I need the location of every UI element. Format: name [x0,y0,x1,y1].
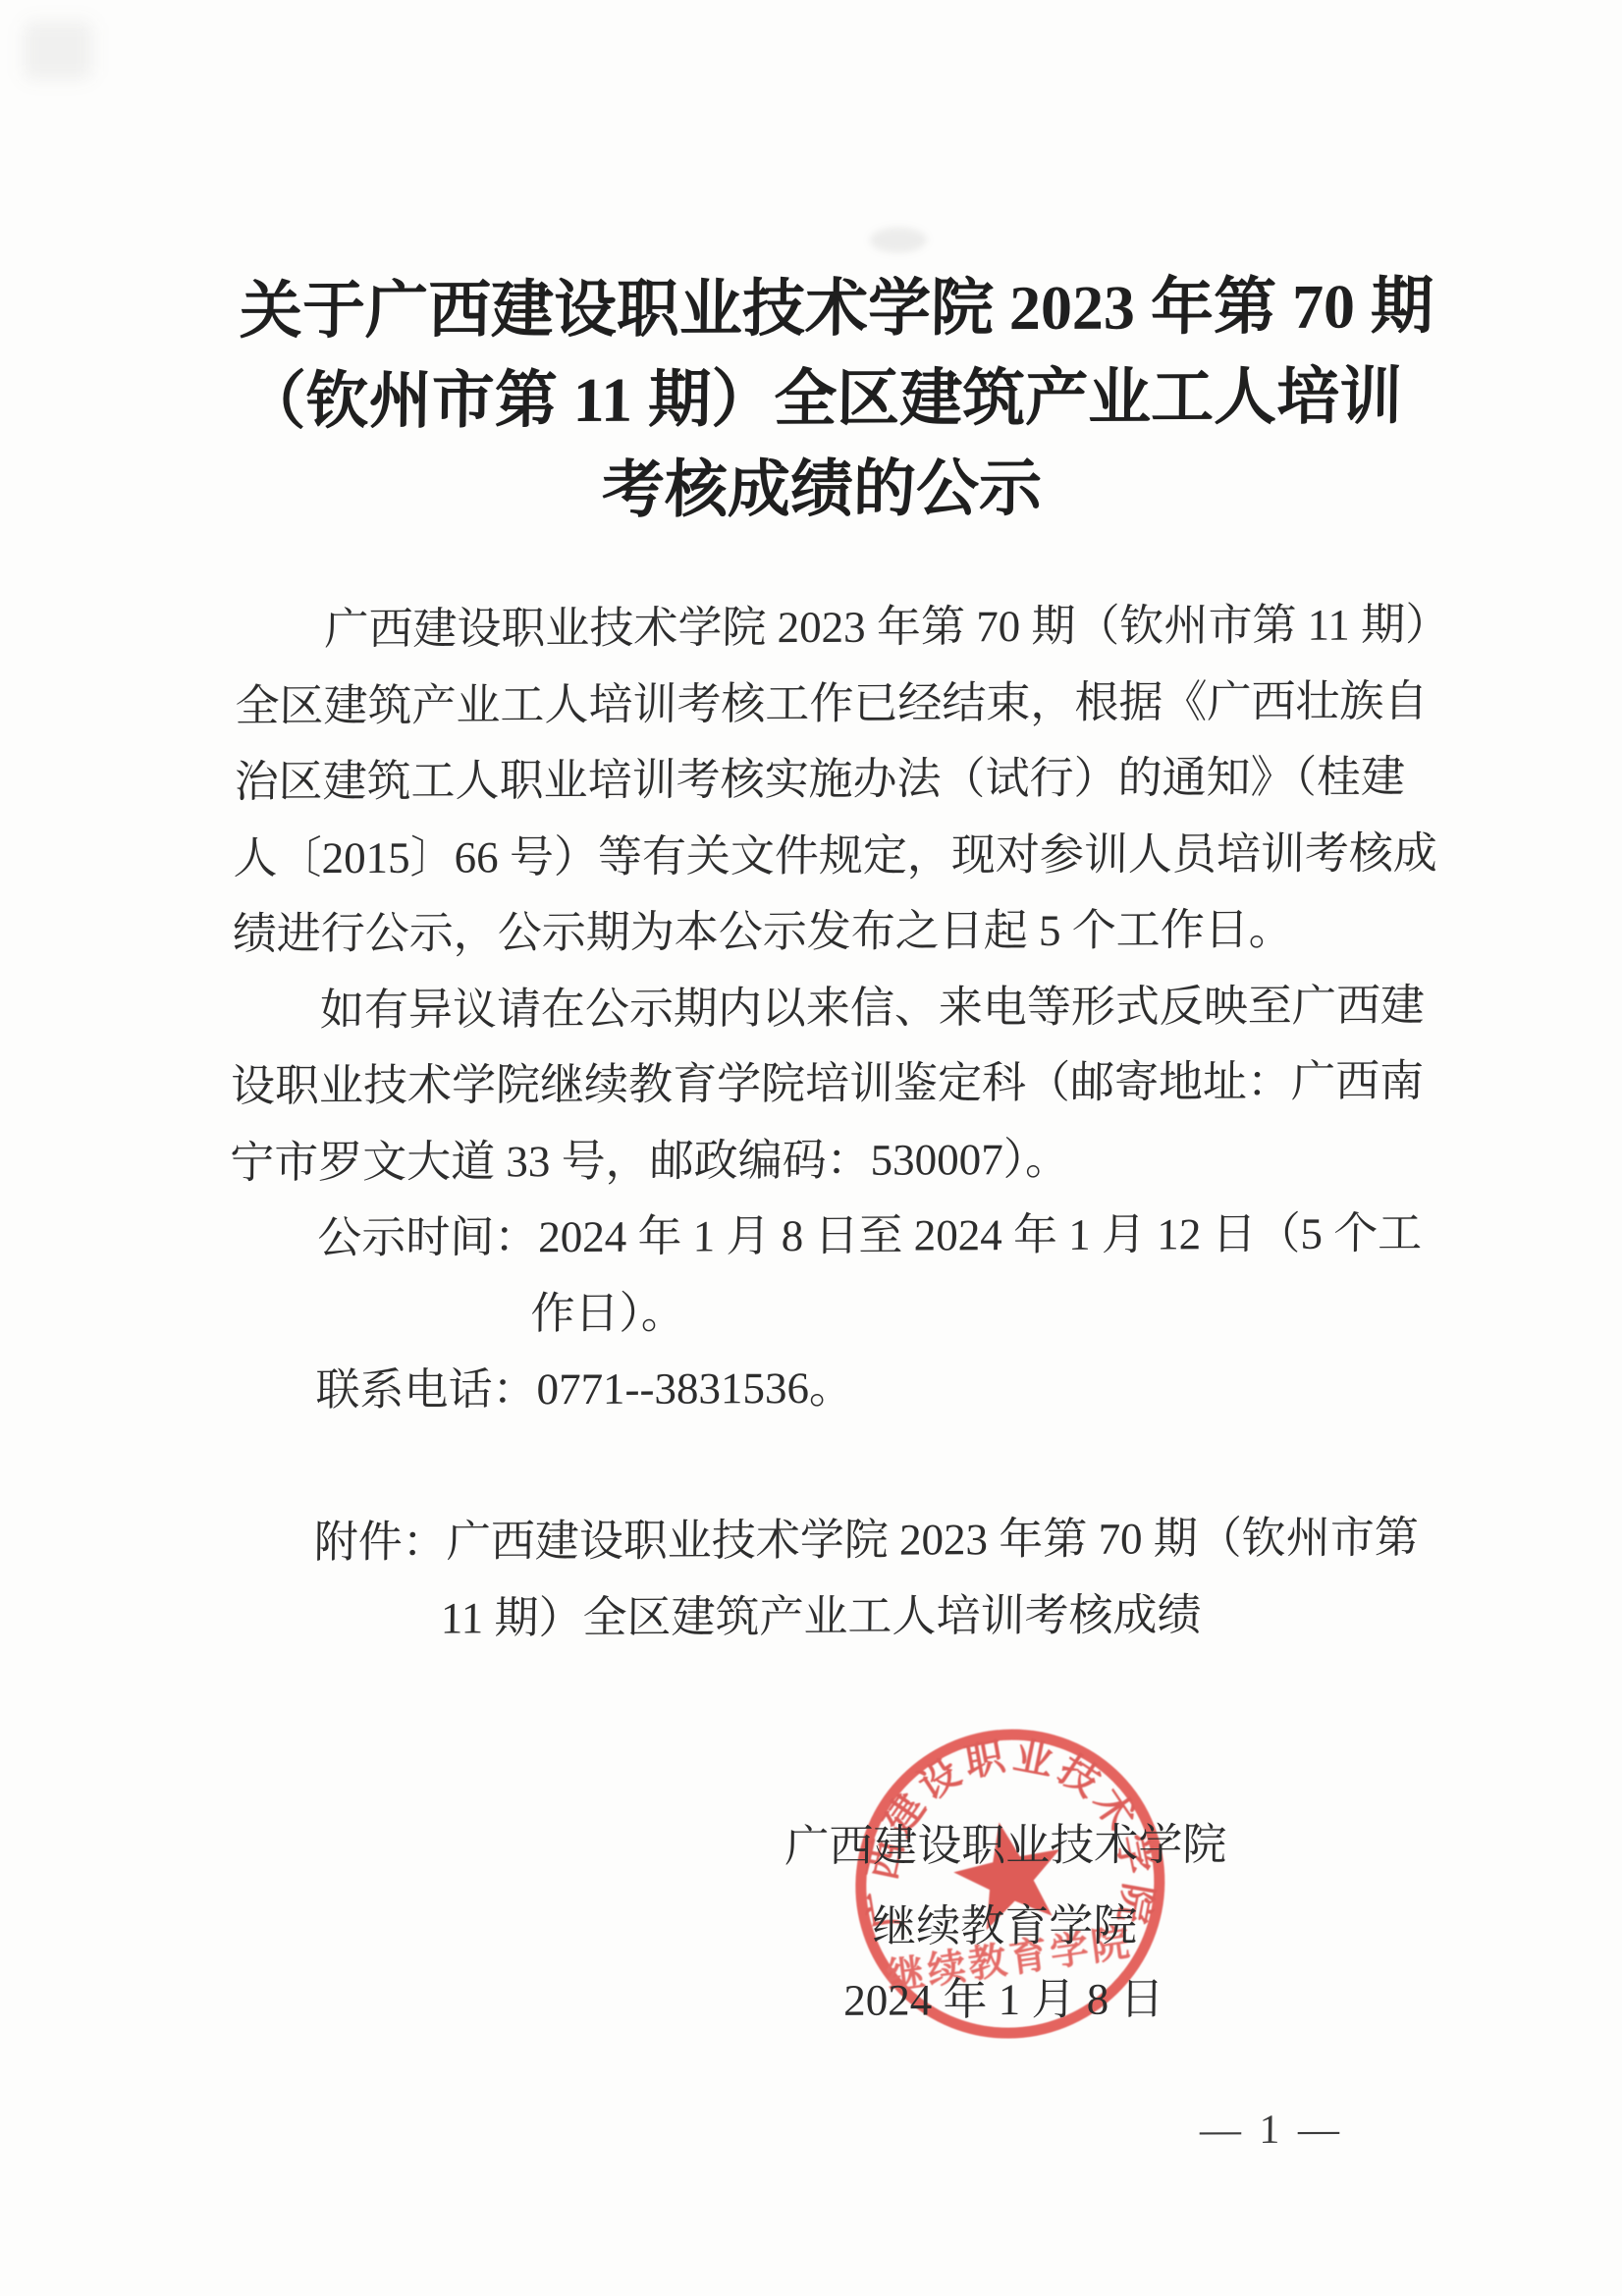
body-line: 如有异议请在公示期内以来信、来电等形式反映至广西建 [232,975,1514,1041]
signature-dept: 继续教育学院 [744,1896,1266,1956]
body-line: 全区建筑产业工人培训考核工作已经结束，根据《广西壮族自 [235,670,1429,736]
document-page: 关于广西建设职业技术学院 2023 年第 70 期 （钦州市第 11 期）全区建… [0,0,1622,2296]
signature-date: 2024 年 1 月 8 日 [743,1969,1265,2030]
body-line: 宁市罗文大道 33 号，邮政编码：530007）。 [230,1127,1424,1193]
document-title-line-3: 考核成绩的公示 [238,449,1407,530]
body-line: 作日）。 [228,1278,1622,1346]
body-line: 广西建设职业技术学院 2023 年第 70 期（钦州市第 11 期） [236,594,1518,661]
signature-org: 广西建设职业技术学院 [745,1815,1267,1876]
attachment-line-1: 附件：广西建设职业技术学院 2023 年第 70 期（钦州市第 [225,1507,1507,1574]
body-line: 人〔2015〕66 号）等有关文件规定，现对参训人员培训考核成 [233,823,1427,888]
attachment-line-2: 11 期）全区建筑产业工人培训考核成绩 [225,1582,1622,1649]
body-line: 设职业技术学院继续教育学院培训鉴定科（邮寄地址：广西南 [231,1050,1425,1116]
body-line: 绩进行公示，公示期为本公示发布之日起 5 个工作日。 [233,898,1427,964]
scan-artifact-corner [24,21,93,80]
body-line: 治区建筑工人职业培训考核实施办法（试行）的通知》（桂建 [234,746,1428,812]
scan-artifact-smudge [870,227,927,252]
scanned-sheet: 关于广西建设职业技术学院 2023 年第 70 期 （钦州市第 11 期）全区建… [0,0,1622,2296]
document-title-line-1: 关于广西建设职业技术学院 2023 年第 70 期 [240,268,1409,349]
document-title-line-2: （钦州市第 11 期）全区建筑产业工人培训 [239,358,1408,440]
body-line-announcement-period: 公示时间：2024 年 1 月 8 日至 2024 年 1 月 12 日（5 个… [229,1202,1511,1269]
body-line-contact-phone: 联系电话：0771--3831536。 [227,1355,1509,1421]
page-number: — 1 — [1200,2107,1344,2155]
